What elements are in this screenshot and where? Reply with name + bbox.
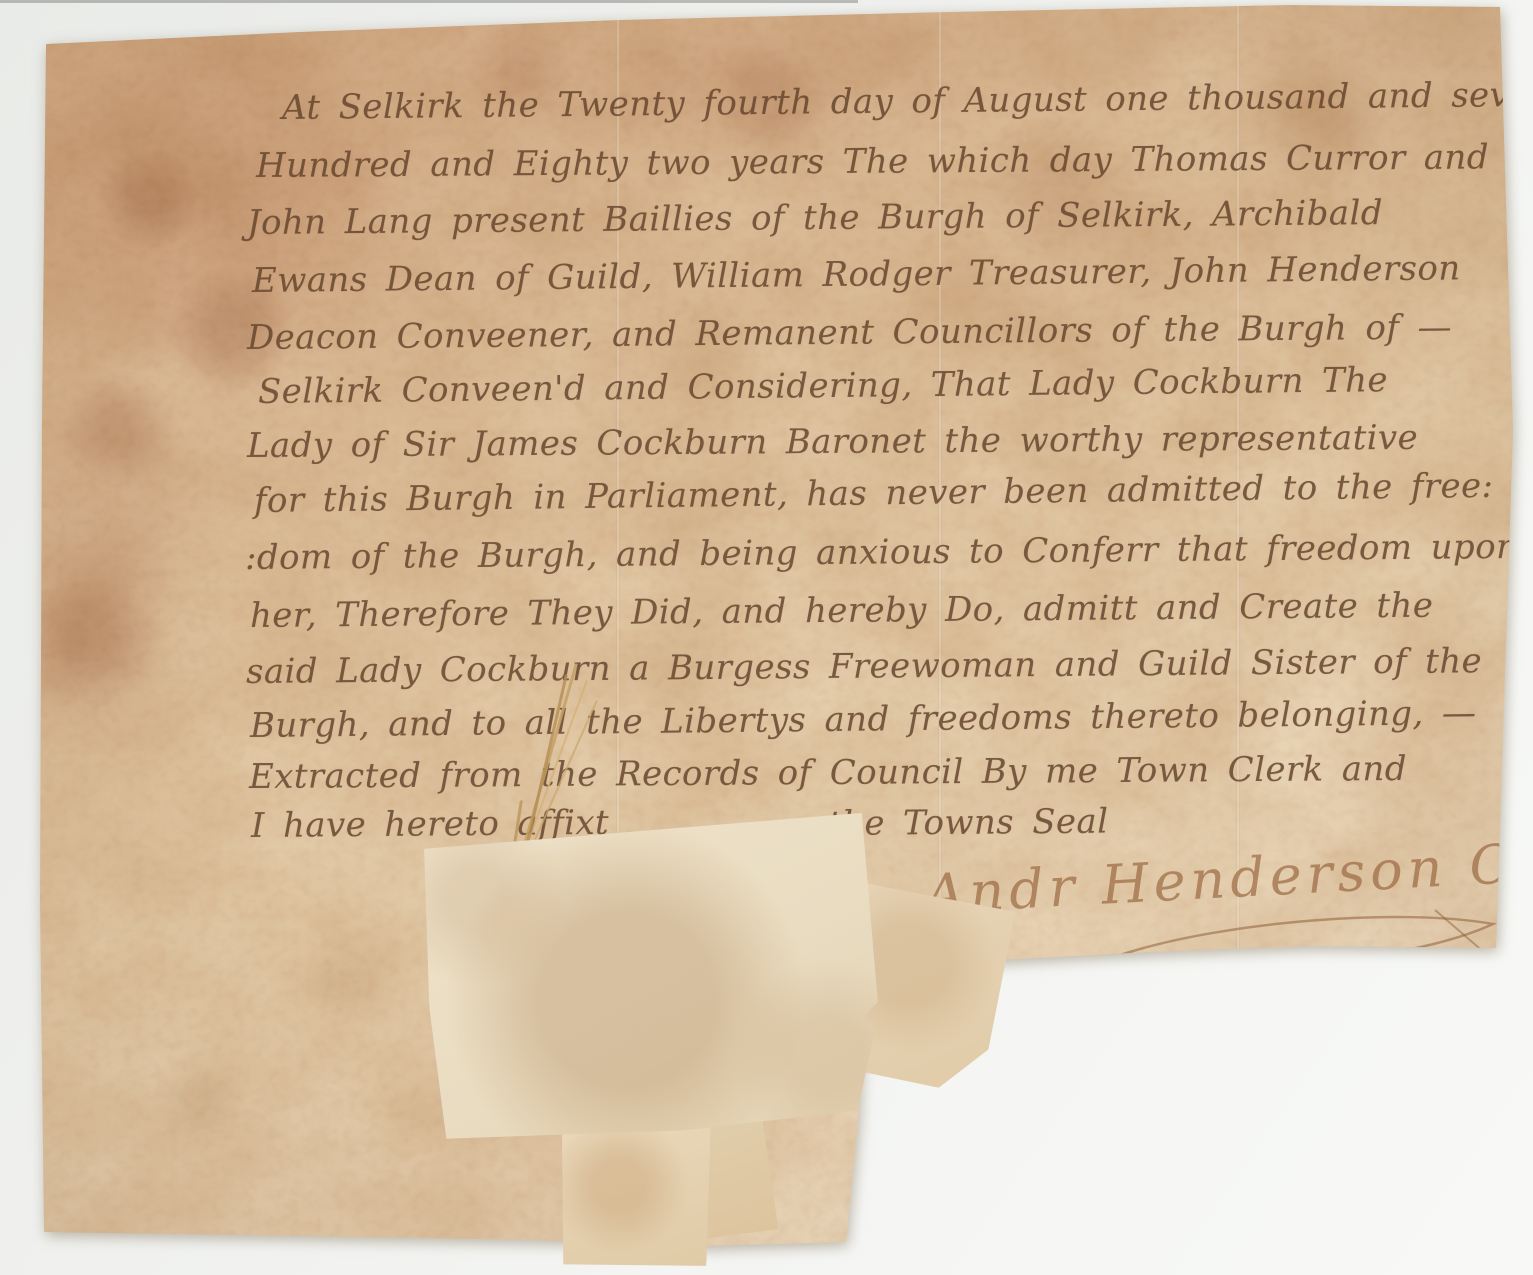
manuscript-line: Selkirk Conveen'd and Considering, That …: [258, 360, 1388, 412]
scanned-document: At Selkirk the Twenty fourth day of Augu…: [0, 0, 1533, 1275]
manuscript-line: At Selkirk the Twenty fourth day of Augu…: [282, 75, 1533, 128]
manuscript-closing-right: the Towns Seal: [828, 802, 1109, 844]
manuscript-line: for this Burgh in Parliament, has never …: [254, 466, 1494, 521]
manuscript-line: Ewans Dean of Guild, William Rodger Trea…: [252, 248, 1461, 301]
manuscript-line: her, Therefore They Did, and hereby Do, …: [250, 586, 1434, 636]
manuscript-line: Extracted from the Records of Council By…: [249, 749, 1407, 797]
manuscript-line: :dom of the Burgh, and being anxious to …: [245, 527, 1519, 578]
manuscript-line: John Lang present Baillies of the Burgh …: [247, 193, 1383, 243]
signature-flourish: [1105, 898, 1525, 998]
manuscript-line: Burgh, and to all the Libertys and freed…: [250, 693, 1477, 746]
seal-tag-lower-strip: [554, 1114, 714, 1272]
manuscript-line: Deacon Conveener, and Remanent Councillo…: [247, 307, 1452, 358]
manuscript-line: said Lady Cockburn a Burgess Freewoman a…: [246, 641, 1482, 692]
manuscript-line: Lady of Sir James Cockburn Baronet the w…: [247, 418, 1418, 466]
town-seal-paper-cover: [419, 813, 885, 1146]
manuscript-line: Hundred and Eighty two years The which d…: [256, 137, 1489, 186]
